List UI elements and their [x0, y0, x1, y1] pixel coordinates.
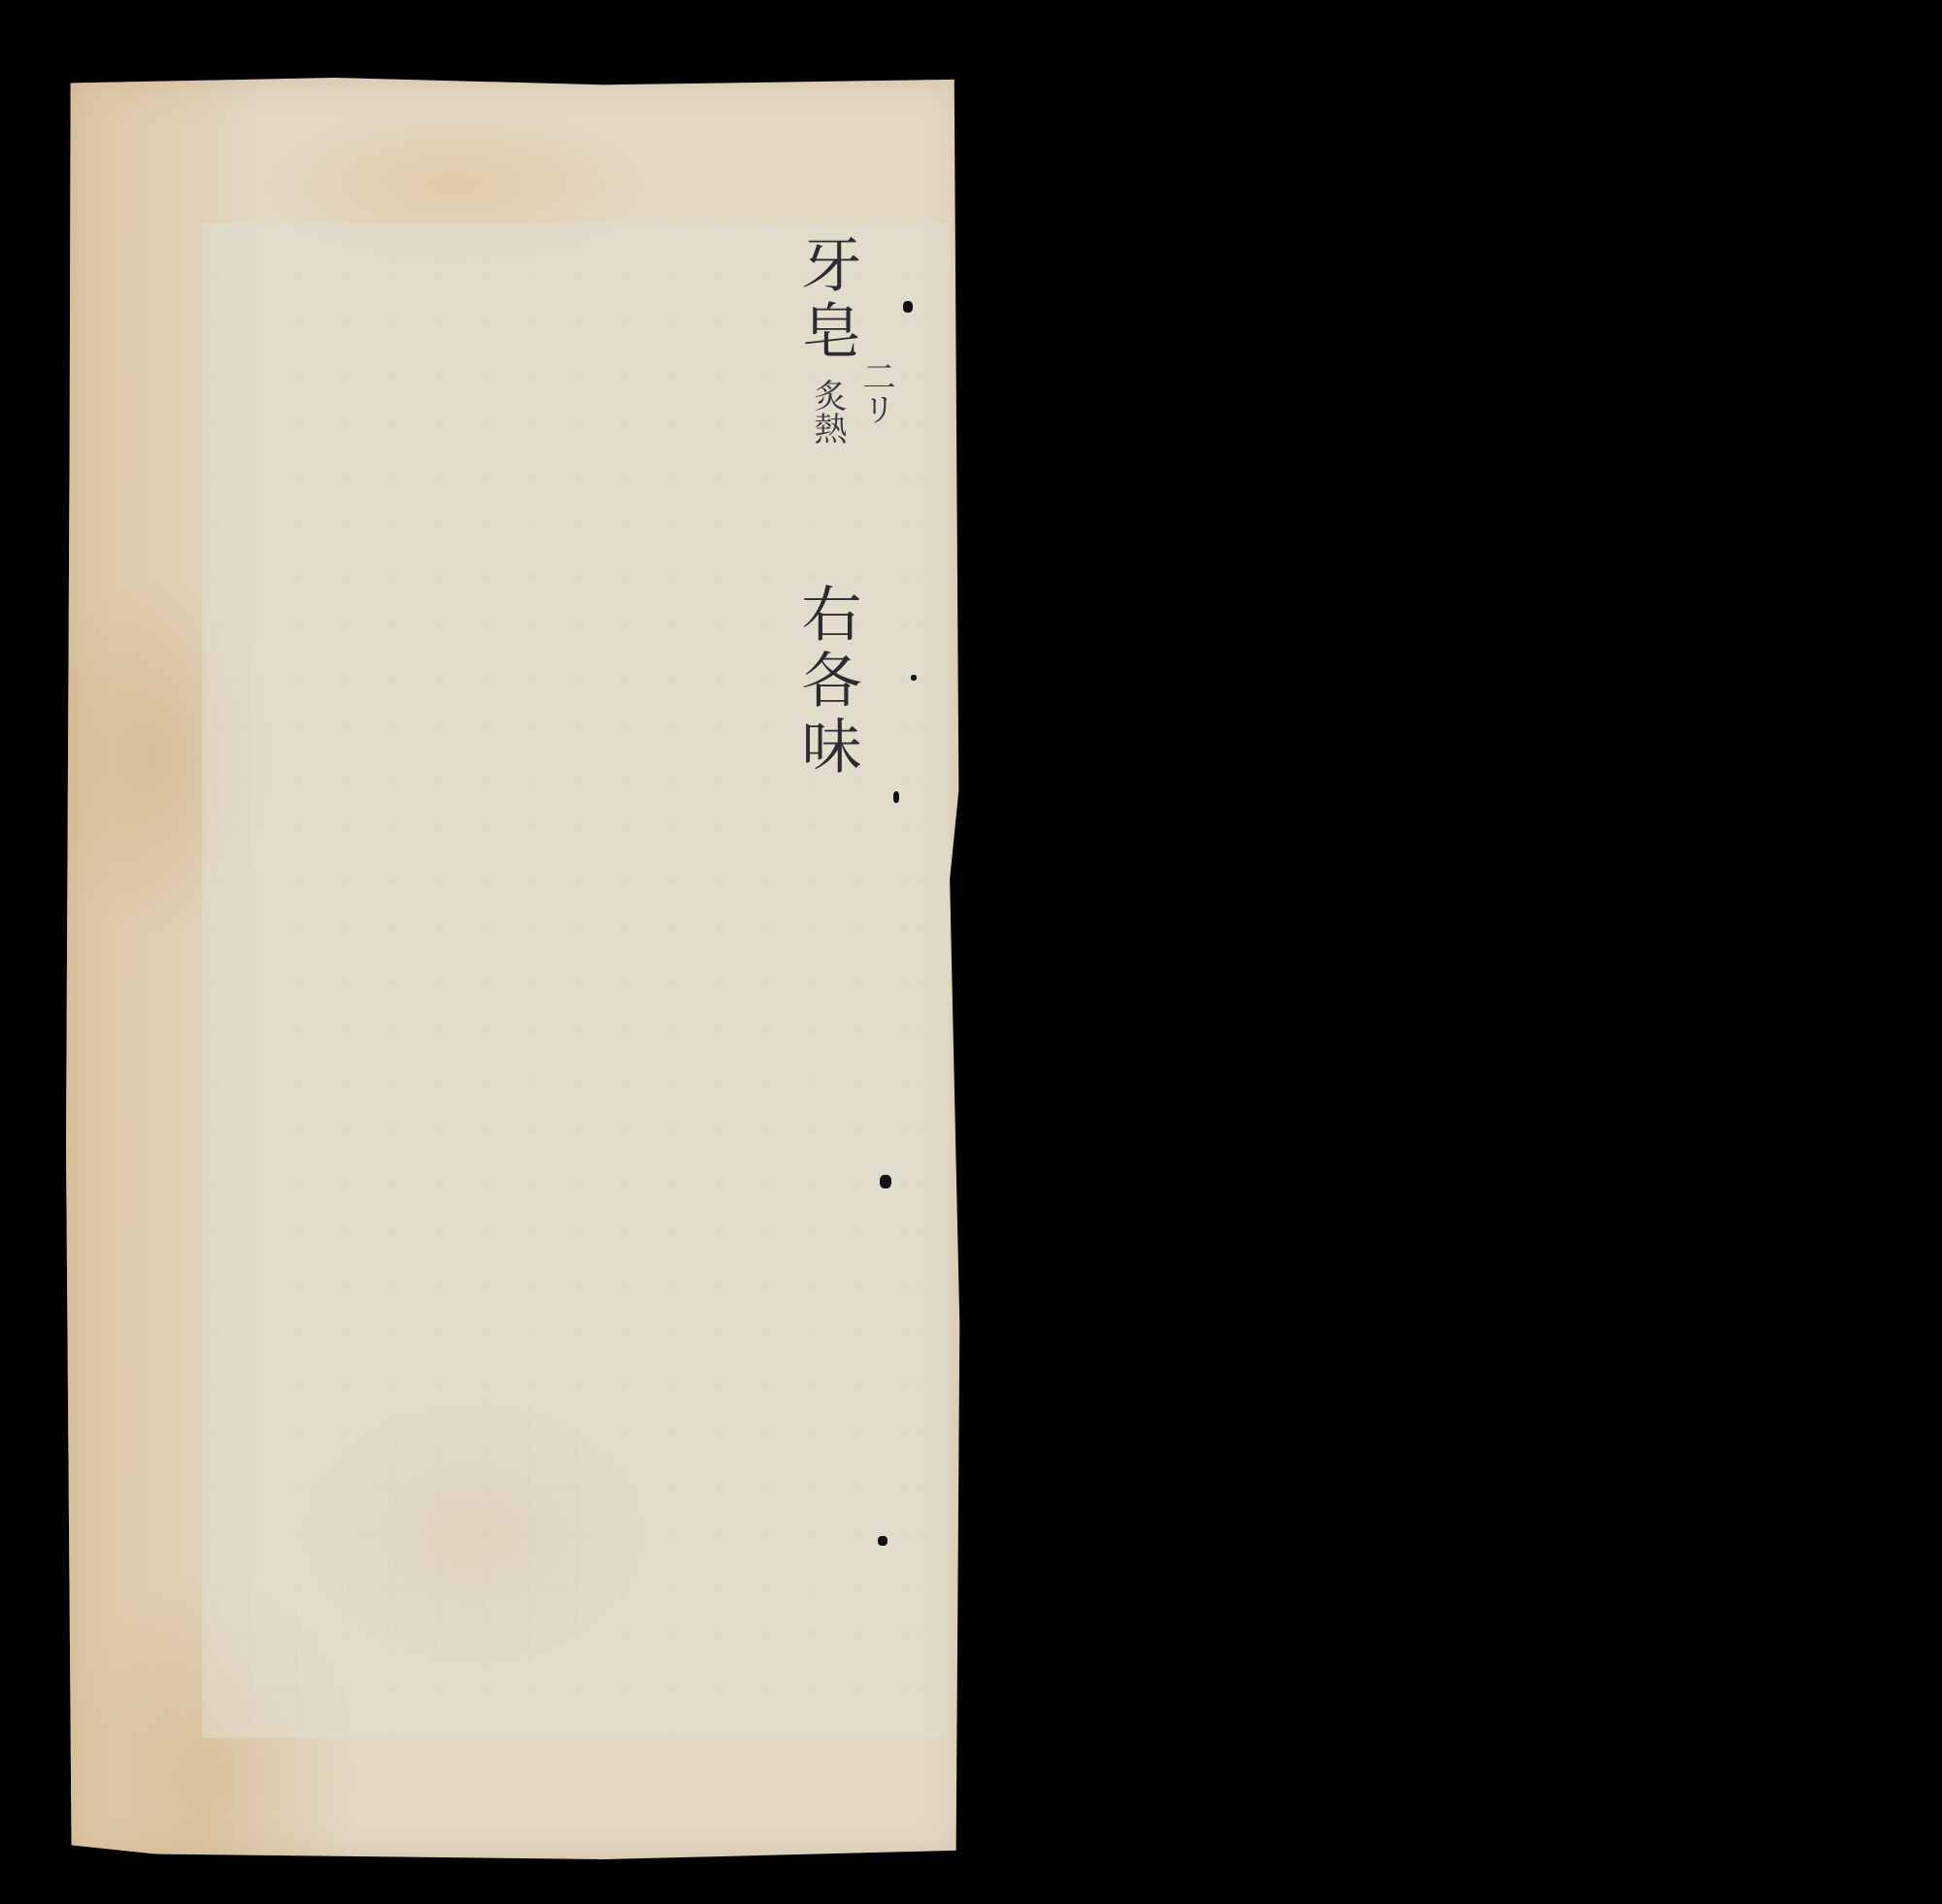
ink-speck: [893, 791, 899, 803]
annotation-right: 二リ: [853, 359, 900, 425]
inner-lined-sheet: [202, 223, 950, 1738]
manuscript-page: 牙皂 二リ 炙熱 右各味: [66, 78, 963, 1859]
ink-speck: [911, 675, 917, 681]
annotation-below: 炙熱: [804, 379, 852, 445]
text-column-1: 牙皂: [796, 233, 856, 365]
text-column-2: 右各味: [796, 583, 856, 781]
ink-speck: [903, 301, 913, 313]
ink-speck: [878, 1536, 887, 1546]
ink-speck: [880, 1175, 891, 1188]
